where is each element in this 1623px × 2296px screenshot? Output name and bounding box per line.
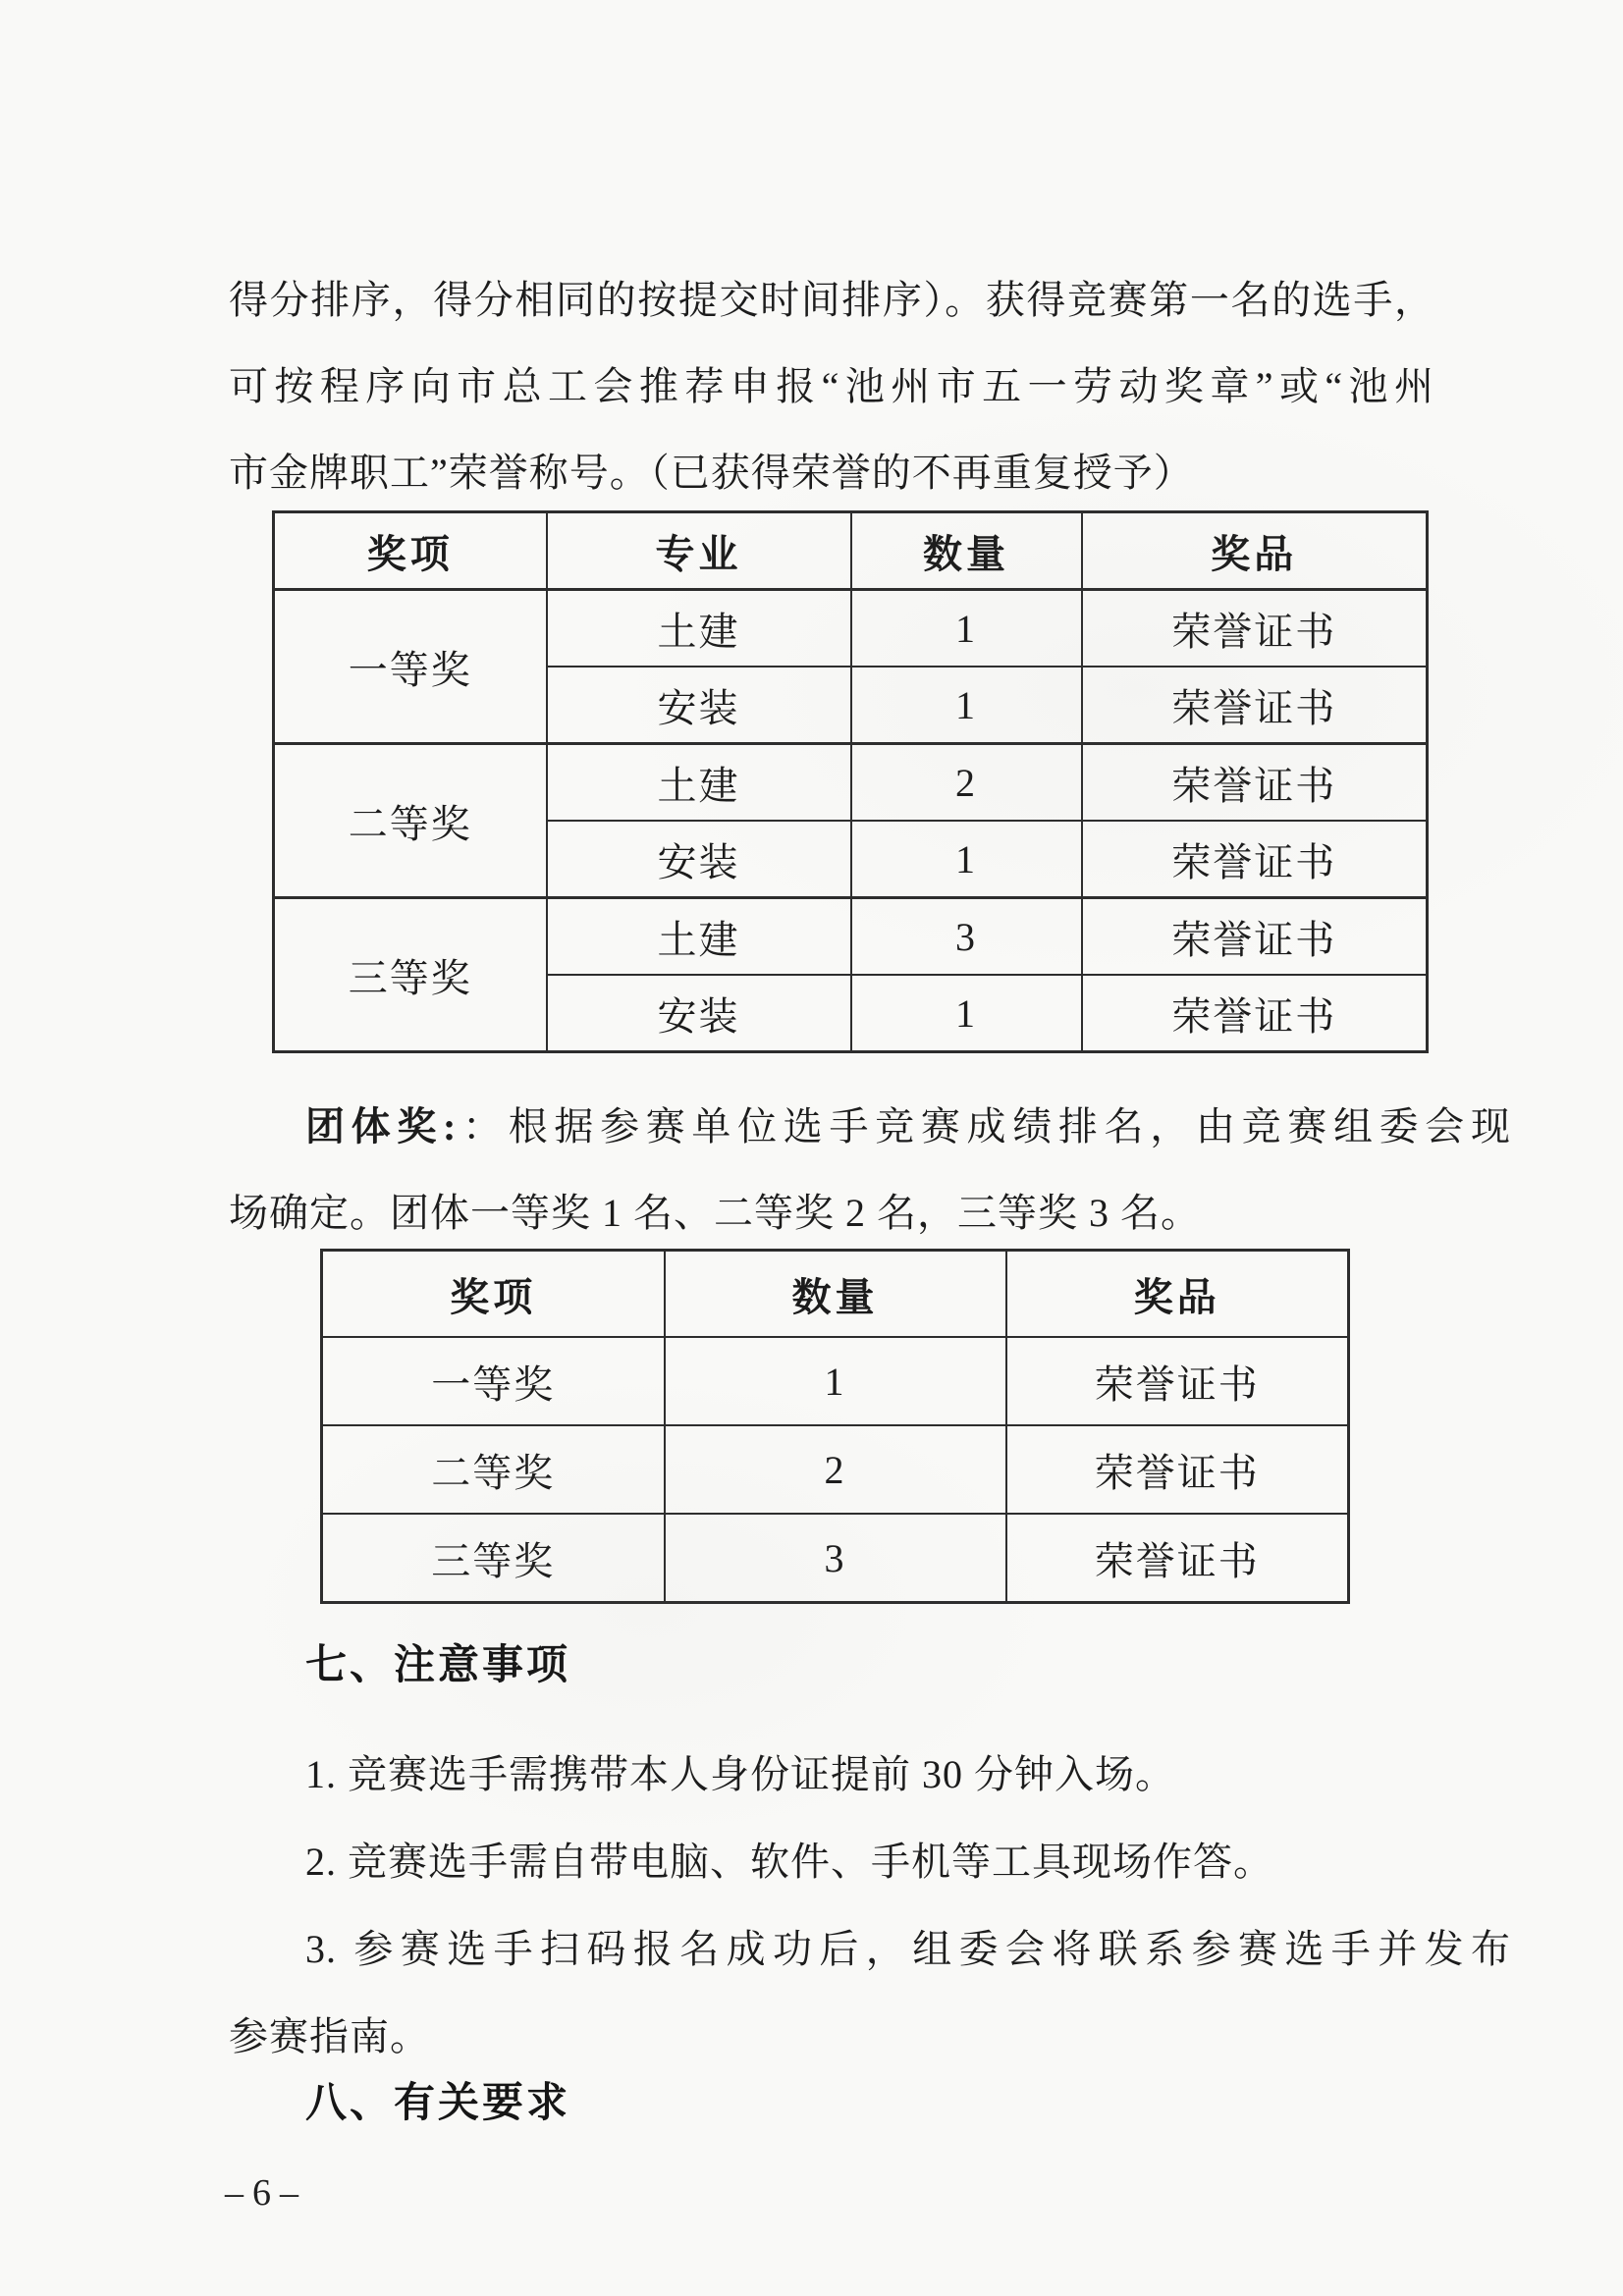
qty-cell: 2: [851, 744, 1082, 822]
team-award-table-header-row: 奖项 数量 奖品: [322, 1251, 1349, 1338]
table-row: 二等奖 土建 2 荣誉证书: [274, 744, 1428, 822]
qty-cell: 1: [665, 1337, 1006, 1425]
prize-cell: 荣誉证书: [1082, 590, 1428, 667]
paragraph1-line1: 得分排序，得分相同的按提交时间排序）。获得竞赛第一名的选手，: [229, 257, 1434, 344]
major-cell: 安装: [547, 821, 851, 898]
team-award-table: 奖项 数量 奖品 一等奖 1 荣誉证书 二等奖 2 荣誉证书 三等奖 3 荣誉证…: [320, 1249, 1350, 1604]
table-row: 三等奖 3 荣誉证书: [322, 1514, 1349, 1603]
prize-cell: 荣誉证书: [1006, 1425, 1349, 1514]
header-cell-qty: 数量: [665, 1251, 1006, 1338]
major-cell: 安装: [547, 975, 851, 1052]
prize-cell: 荣誉证书: [1082, 898, 1428, 976]
prize-cell: 荣誉证书: [1082, 667, 1428, 744]
qty-cell: 3: [665, 1514, 1006, 1603]
document-page: 得分排序，得分相同的按提交时间排序）。获得竞赛第一名的选手， 可按程序向市总工会…: [0, 0, 1623, 2296]
major-cell: 土建: [547, 590, 851, 667]
award-cell: 三等奖: [274, 898, 547, 1052]
table-row: 一等奖 土建 1 荣誉证书: [274, 590, 1428, 667]
table-row: 三等奖 土建 3 荣誉证书: [274, 898, 1428, 976]
paragraph1-line3: 市金牌职工”荣誉称号。（已获得荣誉的不再重复授予）: [229, 430, 1434, 516]
header-cell-award: 奖项: [274, 512, 547, 590]
major-cell: 安装: [547, 667, 851, 744]
prize-cell: 荣誉证书: [1006, 1514, 1349, 1603]
award-cell: 三等奖: [322, 1514, 665, 1603]
major-cell: 土建: [547, 898, 851, 976]
prize-cell: 荣誉证书: [1082, 975, 1428, 1052]
header-cell-award: 奖项: [322, 1251, 665, 1338]
table-row: 一等奖 1 荣誉证书: [322, 1337, 1349, 1425]
header-cell-prize: 奖品: [1006, 1251, 1349, 1338]
team-award-line1-rest: ：根据参赛单位选手竞赛成绩排名，由竞赛组委会现: [457, 1104, 1511, 1148]
qty-cell: 1: [851, 590, 1082, 667]
team-award-label: 团体奖:: [305, 1104, 457, 1148]
header-cell-prize: 奖品: [1082, 512, 1428, 590]
qty-cell: 1: [851, 975, 1082, 1052]
prize-cell: 荣誉证书: [1006, 1337, 1349, 1425]
qty-cell: 3: [851, 898, 1082, 976]
award-cell: 二等奖: [322, 1425, 665, 1514]
table-row: 二等奖 2 荣誉证书: [322, 1425, 1349, 1514]
qty-cell: 2: [665, 1425, 1006, 1514]
major-cell: 土建: [547, 744, 851, 822]
header-cell-major: 专业: [547, 512, 851, 590]
section7-heading: 七、注意事项: [305, 1622, 570, 1708]
award-cell: 一等奖: [274, 590, 547, 744]
prize-cell: 荣誉证书: [1082, 821, 1428, 898]
team-award-paragraph-line2: 场确定。团体一等奖 1 名、二等奖 2 名，三等奖 3 名。: [229, 1170, 1434, 1256]
award-cell: 一等奖: [322, 1337, 665, 1425]
individual-award-table-header-row: 奖项 专业 数量 奖品: [274, 512, 1428, 590]
team-award-paragraph-line1: 团体奖:：根据参赛单位选手竞赛成绩排名，由竞赛组委会现: [229, 1084, 1511, 1170]
note-item-3: 3. 参赛选手扫码报名成功后，组委会将联系参赛选手并发布: [229, 1906, 1511, 1993]
header-cell-qty: 数量: [851, 512, 1082, 590]
page-number: –6–: [225, 2171, 307, 2215]
paragraph1-line2: 可按程序向市总工会推荐申报“池州市五一劳动奖章”或“池州: [229, 344, 1434, 430]
note-item-1: 1. 竞赛选手需携带本人身份证提前 30 分钟入场。: [229, 1732, 1511, 1818]
note-item-2: 2. 竞赛选手需自带电脑、软件、手机等工具现场作答。: [229, 1819, 1511, 1905]
award-cell: 二等奖: [274, 744, 547, 898]
prize-cell: 荣誉证书: [1082, 744, 1428, 822]
qty-cell: 1: [851, 667, 1082, 744]
qty-cell: 1: [851, 821, 1082, 898]
section8-heading: 八、有关要求: [305, 2059, 570, 2146]
individual-award-table: 奖项 专业 数量 奖品 一等奖 土建 1 荣誉证书 安装 1 荣誉证书 二等奖 …: [272, 510, 1429, 1053]
